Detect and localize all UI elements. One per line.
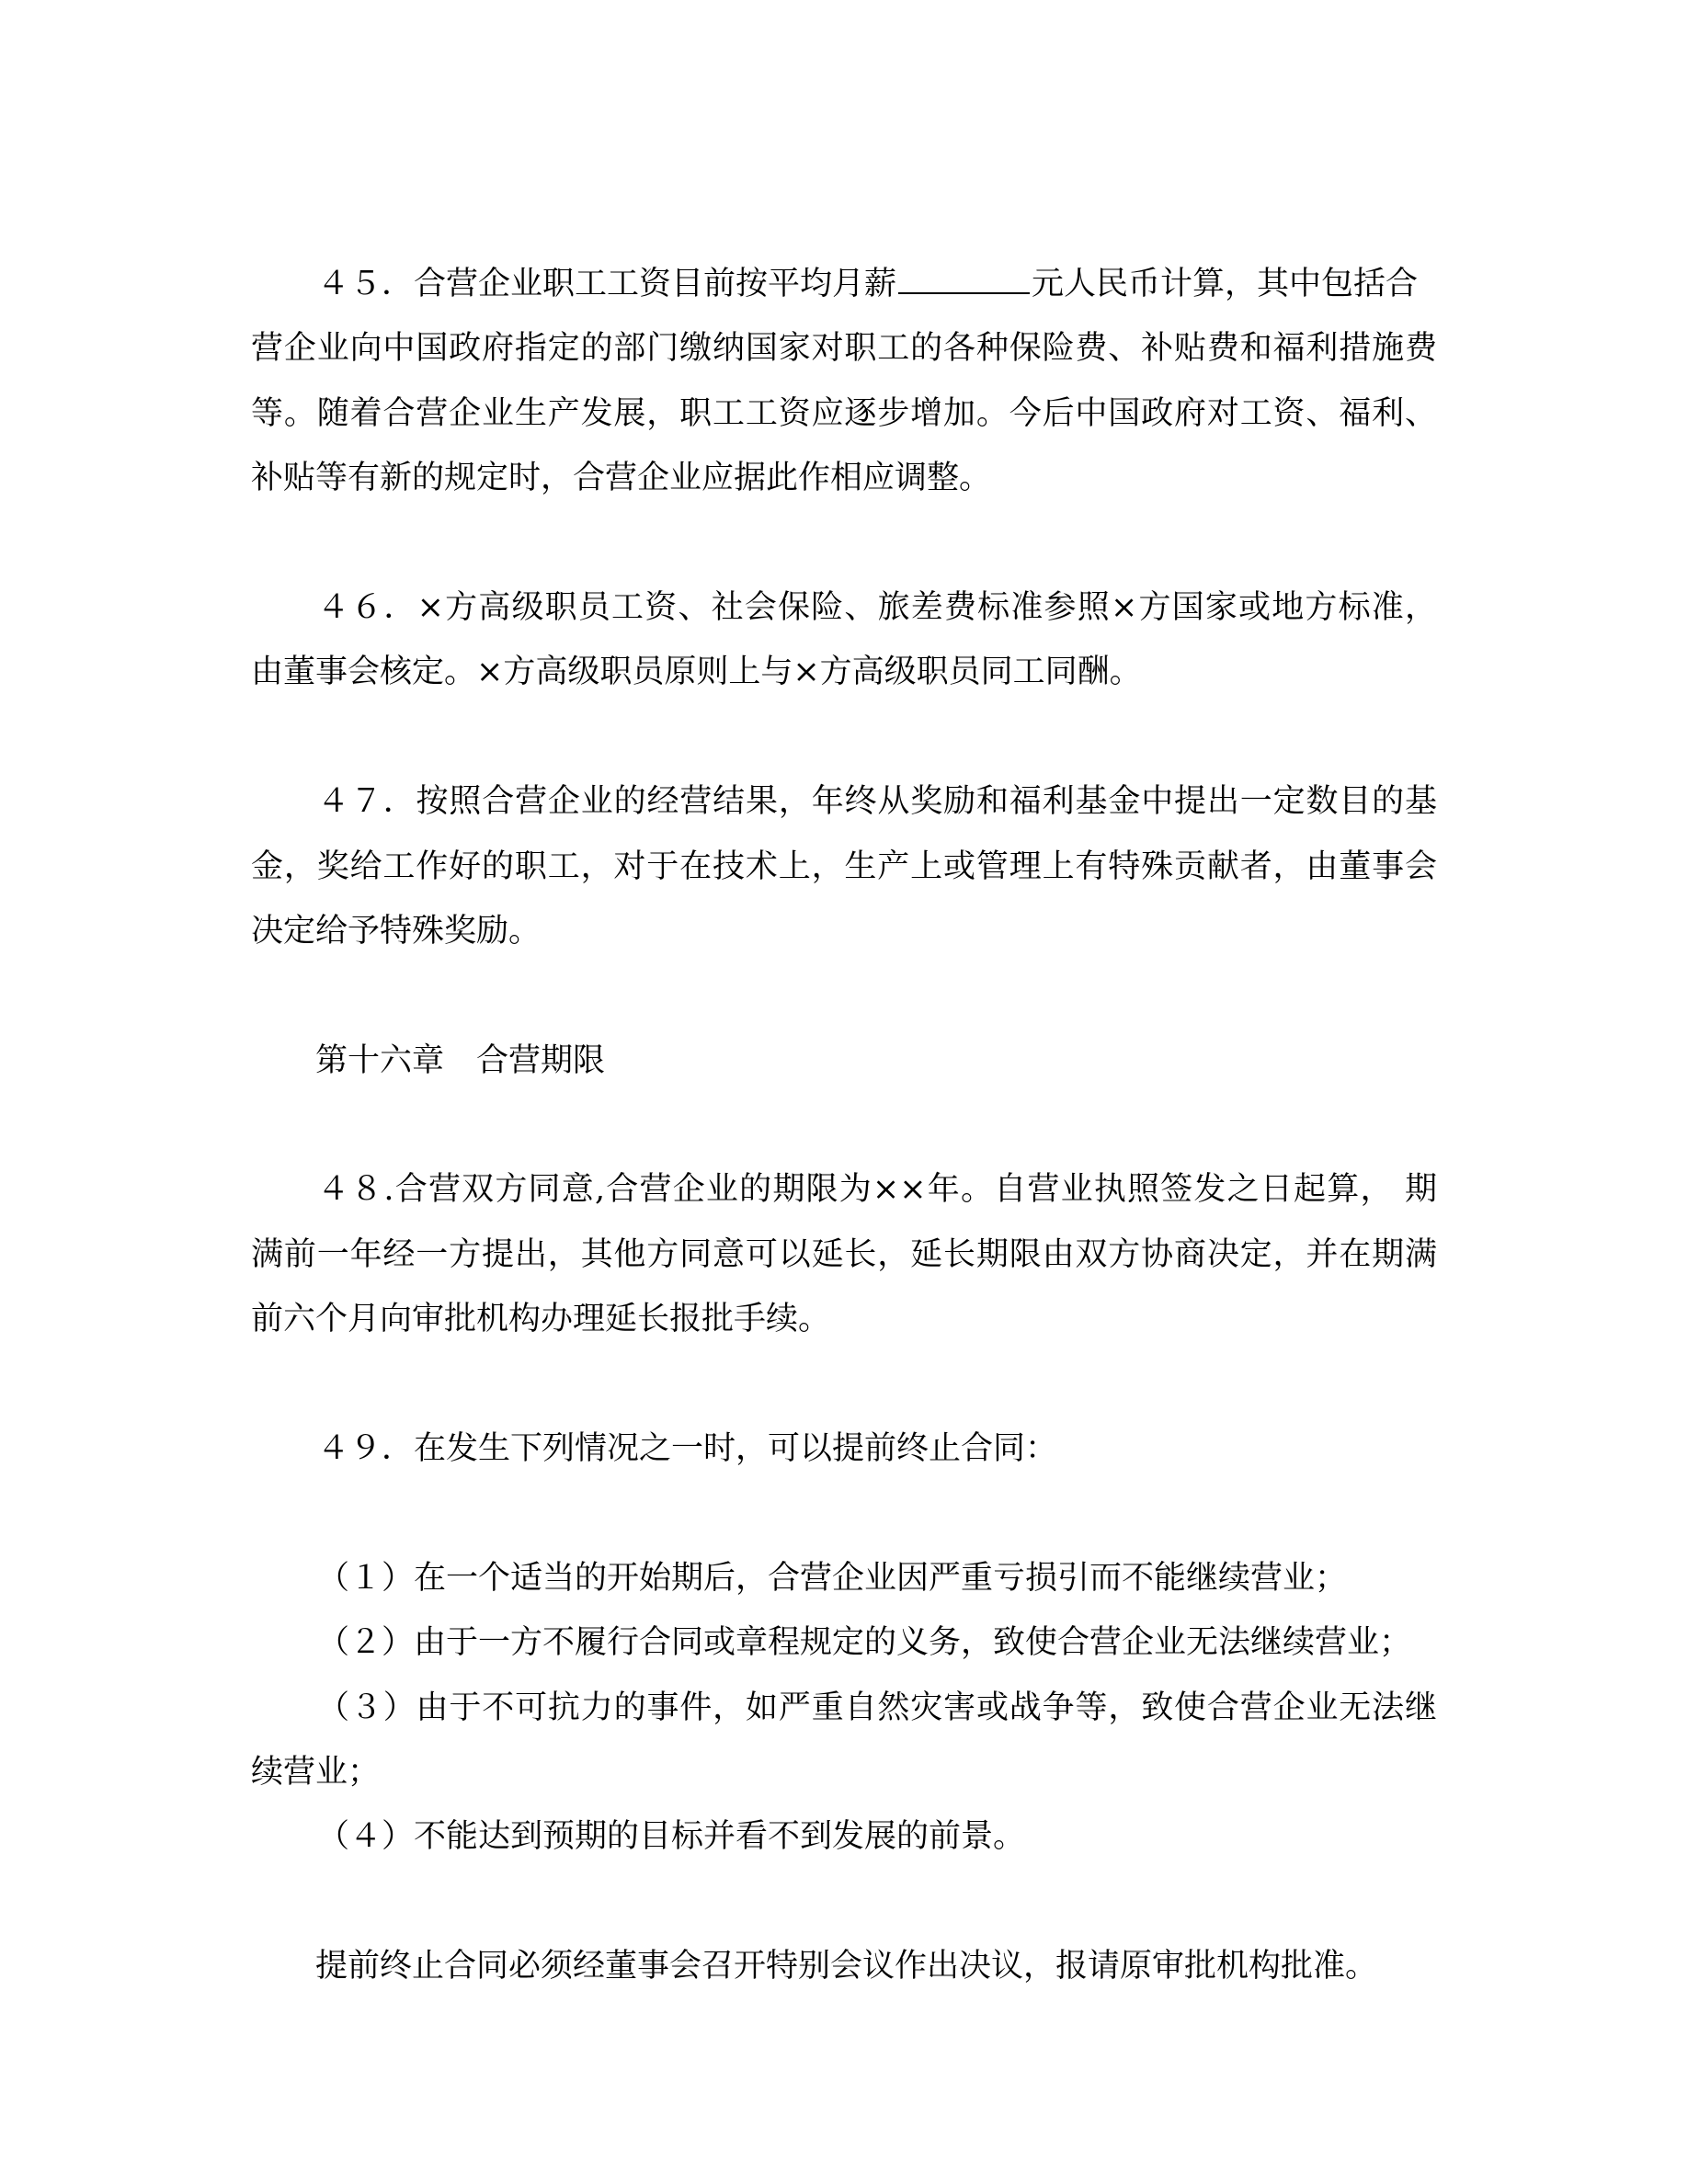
paragraph-45-line-3: 等。随着合营企业生产发展，职工工资应逐步增加。今后中国政府对工资、福利、: [251, 381, 1437, 446]
paragraph-spacer: [251, 1481, 1437, 1545]
paragraph-47-line-3: 决定给予特殊奖励。: [251, 899, 1437, 963]
list-item-3-line-2: 续营业；: [251, 1740, 1437, 1804]
paragraph-spacer: [251, 1870, 1437, 1934]
paragraph-spacer: [251, 705, 1437, 769]
paragraph-47-line-1: ４７．按照合营企业的经营结果，年终从奖励和福利基金中提出一定数目的基: [251, 769, 1437, 834]
paragraph-45-line-4: 补贴等有新的规定时，合营企业应据此作相应调整。: [251, 446, 1437, 510]
paragraph-48-line-1: ４８.合营双方同意,合营企业的期限为××年。自营业执照签发之日起算， 期: [251, 1157, 1437, 1222]
paragraph-46-line-2: 由董事会核定。×方高级职员原则上与×方高级职员同工同酬。: [251, 640, 1437, 704]
paragraph-46-line-1: ４６．×方高级职员工资、社会保险、旅差费标准参照×方国家或地方标准，: [251, 575, 1437, 640]
paragraph-45-text-before-blank: 合营企业职工工资目前按平均月薪: [414, 266, 896, 302]
paragraph-47-line-2: 金，奖给工作好的职工，对于在技术上，生产上或管理上有特殊贡献者，由董事会: [251, 835, 1437, 899]
paragraph-48-line-3: 前六个月向审批机构办理延长报批手续。: [251, 1287, 1437, 1351]
paragraph-45-line-1: ４５．合营企业职工工资目前按平均月薪元人民币计算，其中包括合: [251, 252, 1437, 316]
paragraph-spacer: [251, 1352, 1437, 1416]
document-page: ４５．合营企业职工工资目前按平均月薪元人民币计算，其中包括合 营企业向中国政府指…: [251, 252, 1437, 1999]
list-item-3-line-1: （３）由于不可抗力的事件，如严重自然灾害或战争等，致使合营企业无法继: [251, 1676, 1437, 1740]
paragraph-spacer: [251, 963, 1437, 1028]
paragraph-45-text-after-blank: 元人民币计算，其中包括合: [1032, 266, 1418, 302]
paragraph-spacer: [251, 511, 1437, 575]
salary-blank-field: [898, 267, 1030, 294]
closing-paragraph: 提前终止合同必须经董事会召开特别会议作出决议，报请原审批机构批准。: [251, 1934, 1437, 1998]
list-item-1: （１）在一个适当的开始期后，合营企业因严重亏损引而不能继续营业；: [251, 1546, 1437, 1610]
paragraph-49-line-1: ４９．在发生下列情况之一时，可以提前终止合同：: [251, 1416, 1437, 1481]
paragraph-45-line-2: 营企业向中国政府指定的部门缴纳国家对职工的各种保险费、补贴费和福利措施费: [251, 316, 1437, 381]
paragraph-spacer: [251, 1093, 1437, 1157]
paragraph-45-number: ４５．: [317, 266, 414, 302]
paragraph-48-line-2: 满前一年经一方提出，其他方同意可以延长，延长期限由双方协商决定，并在期满: [251, 1223, 1437, 1287]
list-item-2: （２）由于一方不履行合同或章程规定的义务，致使合营企业无法继续营业；: [251, 1610, 1437, 1675]
list-item-4: （４）不能达到预期的目标并看不到发展的前景。: [251, 1804, 1437, 1869]
chapter-heading: 第十六章 合营期限: [251, 1029, 1437, 1093]
